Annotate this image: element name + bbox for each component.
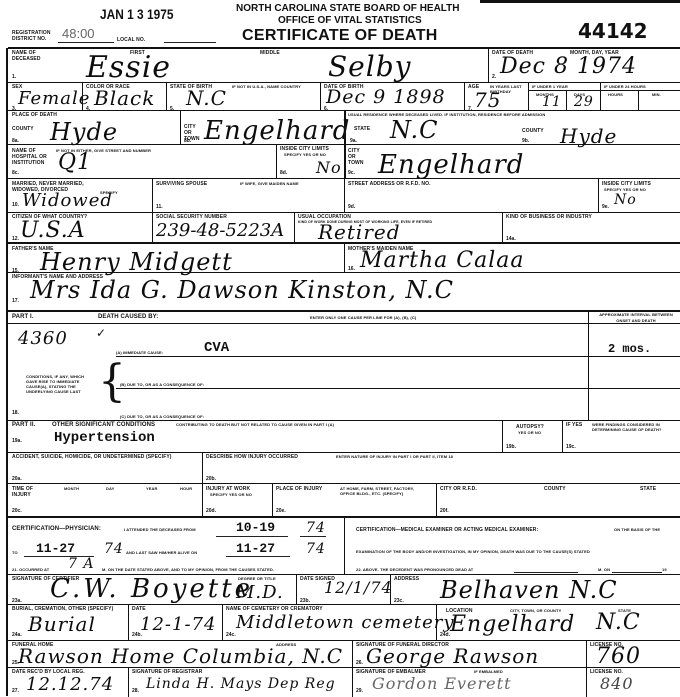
- usual-residence-label: USUAL RESIDENCE WHERE DECEASED LIVED. IF…: [348, 112, 608, 118]
- pronounced-label: 22. ABOVE. THE DECEDENT WAS PRONOUNCED D…: [356, 567, 473, 573]
- conditions-label: CONDITIONS, IF ANY, WHICH GAVE RISE TO I…: [26, 374, 86, 394]
- date-of-death-value: Dec 8 1974: [500, 54, 637, 79]
- last-name-value: Selby: [328, 50, 411, 83]
- interval-value: 2 mos.: [608, 342, 651, 356]
- burial-date-value: 12-1-74: [140, 614, 216, 635]
- location-state-value: N.C: [596, 610, 641, 635]
- row-divider: [8, 82, 680, 83]
- divider: [296, 574, 297, 604]
- item-9c: 9c.: [348, 170, 355, 176]
- item-10: 10.: [12, 202, 19, 208]
- divider: [202, 452, 203, 516]
- received-stamp: JAN 1 3 1975: [100, 6, 173, 22]
- degree-value: M.D.: [236, 582, 284, 603]
- row-divider: [8, 144, 680, 145]
- state-of-birth-note: IF NOT IN U.S.A., NAME COUNTRY: [232, 84, 302, 89]
- last-saw-label: AND LAST SAW HIM/HER ALIVE ON: [126, 550, 197, 556]
- date-signed-value: 12/1/74: [324, 578, 393, 597]
- item-8c: 8c.: [12, 170, 19, 176]
- row-divider: [8, 667, 680, 668]
- item-5: 5.: [170, 106, 174, 112]
- injury-county-label: COUNTY: [544, 486, 566, 492]
- cert-me-note1: ON THE BASIS OF THE: [614, 527, 660, 533]
- row-divider: [8, 604, 680, 605]
- other-conditions-label: OTHER SIGNIFICANT CONDITIONS: [52, 422, 155, 429]
- injury-hour-label: HOUR: [180, 486, 192, 492]
- business-label: KIND OF BUSINESS OR INDUSTRY: [506, 214, 592, 220]
- divider: [464, 82, 465, 110]
- embalmer-signature: Gordon Everett: [372, 674, 512, 693]
- embalmer-license-value: 840: [600, 674, 634, 693]
- m-on-label: M. ON: [598, 567, 610, 573]
- occurred-at-value: 7 A: [68, 556, 94, 572]
- enter-one-cause-note: ENTER ONLY ONE CAUSE PER LINE FOR (a), (…: [310, 315, 416, 321]
- row-divider: [8, 420, 680, 421]
- divider: [116, 356, 680, 357]
- burial-date-label: DATE: [132, 606, 146, 612]
- residence-state-value: N.C: [390, 116, 438, 144]
- registration-district-underline: [58, 42, 114, 43]
- part1-label: PART I.: [12, 314, 34, 321]
- divider: [294, 212, 295, 242]
- item-24a: 24a.: [12, 632, 22, 638]
- divider: [600, 82, 601, 110]
- item-8d: 8d.: [280, 170, 287, 176]
- injury-month-label: MONTH: [64, 486, 79, 492]
- inside-city-limits-residence-value: No: [614, 192, 637, 208]
- accident-label: ACCIDENT, SUICIDE, HOMICIDE, OR UNDETERM…: [12, 454, 202, 460]
- autopsy-yes-no-label: YES OR NO: [518, 430, 541, 436]
- document-title: CERTIFICATE OF DEATH: [242, 27, 438, 45]
- last-saw-value: 11-27: [236, 541, 275, 556]
- divider: [128, 604, 129, 640]
- divider: [502, 420, 503, 452]
- divider: [128, 667, 129, 697]
- divider: [320, 82, 321, 110]
- divider: [152, 212, 153, 242]
- reference-code: 4360: [18, 328, 68, 349]
- describe-injury-label: DESCRIBE HOW INJURY OCCURRED: [206, 454, 298, 460]
- min-label: MIN.: [652, 92, 661, 98]
- divider: [166, 82, 167, 110]
- certifier-signature: C.W. Boyette: [50, 574, 253, 604]
- race-value: Black: [94, 86, 155, 110]
- divider: [352, 640, 353, 697]
- death-caused-by-label: DEATH CAUSED BY:: [98, 314, 158, 321]
- under-24-hours-label: IF UNDER 24 HOURS: [604, 84, 646, 90]
- injury-state-label: STATE: [640, 486, 656, 492]
- describe-injury-note: ENTER NATURE OF INJURY IN PART I OR PART…: [336, 454, 453, 460]
- divider: [586, 640, 587, 697]
- ssn-value: 239-48-5223A: [156, 220, 284, 241]
- disposition-value: Burial: [28, 612, 96, 636]
- date-of-birth-value: Dec 9 1898: [326, 86, 446, 108]
- item-20c: 20c.: [12, 508, 22, 514]
- row-divider: [8, 272, 680, 273]
- item-11: 11.: [156, 204, 163, 210]
- registration-district-value: 48:00: [62, 26, 95, 41]
- last-saw-year: 74: [306, 541, 326, 557]
- hours-label: HOURS: [608, 92, 623, 98]
- item-20a: 20a.: [12, 476, 22, 482]
- cert-physician-label: CERTIFICATION—PHYSICIAN:: [12, 526, 101, 533]
- to-label: TO: [12, 550, 18, 556]
- local-no-label: LOCAL NO.: [117, 37, 145, 43]
- form-top-border: [8, 47, 680, 49]
- residence-state-label: STATE: [354, 126, 370, 132]
- middle-label: MIDDLE: [260, 50, 280, 56]
- pronounced-line: [514, 572, 578, 573]
- divider: [276, 144, 277, 178]
- address-label: ADDRESS: [394, 576, 419, 582]
- divider: [562, 420, 563, 452]
- state-of-birth-value: N.C: [186, 86, 227, 110]
- item-2: 2.: [492, 74, 496, 80]
- county-of-death-value: Hyde: [50, 118, 118, 146]
- city-rfd-label: CITY OR R.F.D.: [440, 486, 477, 492]
- row-divider: [8, 452, 680, 453]
- item-19b: 19b.: [506, 444, 516, 450]
- citizen-value: U.S.A: [20, 218, 86, 243]
- cert-me-note2: EXAMINATION OF THE BODY AND/OR INVESTIGA…: [356, 549, 590, 555]
- row-divider: [8, 483, 680, 484]
- divider: [528, 82, 529, 110]
- item-9d: 9d.: [348, 204, 355, 210]
- registration-district-label: REGISTRATION DISTRICT NO.: [12, 30, 60, 42]
- attended-to-value: 11-27: [36, 541, 75, 556]
- item-18: 18.: [12, 410, 19, 416]
- item-20f: 20f.: [440, 508, 449, 514]
- months-value: 11: [542, 94, 562, 110]
- injury-day-label: DAY: [106, 486, 114, 492]
- item-20d: 20d.: [206, 508, 216, 514]
- other-conditions-value: Hypertension: [54, 430, 155, 446]
- pronounced-date-line: [612, 572, 662, 573]
- divider: [436, 483, 437, 516]
- inside-city-limits-death-value: No: [316, 158, 342, 177]
- attended-from-label: I ATTENDED THE DECEASED FROM: [124, 527, 196, 533]
- item-28: 28.: [132, 688, 139, 694]
- part2-label: PART II.: [12, 422, 35, 429]
- agency-name-line2: OFFICE OF VITAL STATISTICS: [278, 15, 422, 26]
- residence-city-label: CITY OR TOWN: [348, 148, 368, 166]
- attended-from-value: 10-19: [236, 520, 275, 535]
- days-value: 29: [574, 94, 594, 110]
- place-of-injury-label: PLACE OF INJURY: [276, 486, 322, 492]
- item-1: 1.: [12, 74, 16, 80]
- divider: [152, 178, 153, 212]
- street-address-label: STREET ADDRESS OR R.F.D. No.: [348, 181, 431, 187]
- divider: [528, 90, 680, 91]
- sex-value: Female: [18, 88, 90, 109]
- residence-city-value: Engelhard: [378, 150, 524, 180]
- other-conditions-note: CONTRIBUTING TO DEATH BUT NOT RELATED TO…: [176, 422, 334, 428]
- informant-value: Mrs Ida G. Dawson Kinston, N.C: [30, 276, 454, 304]
- item-19a: 19a.: [12, 438, 22, 444]
- injury-year-label: YEAR: [146, 486, 158, 492]
- certifier-address: Belhaven N.C: [440, 576, 618, 604]
- divider: [180, 110, 181, 144]
- attended-from-year: 74: [306, 520, 326, 536]
- place-of-injury-note: AT HOME, FARM, STREET, FACTORY, OFFICE B…: [340, 486, 430, 496]
- cert-me-label: CERTIFICATION—MEDICAL EXAMINER OR ACTING…: [356, 527, 538, 533]
- check-mark-icon: ✓: [96, 326, 106, 340]
- divider: [638, 90, 639, 110]
- attended-from-year-line: [300, 536, 326, 537]
- time-of-injury-label: TIME OF INJURY: [12, 486, 40, 498]
- local-no-underline: [164, 42, 216, 43]
- fd-license-value: 760: [596, 644, 641, 669]
- item-24c: 24c.: [226, 632, 236, 638]
- occupation-value: Retired: [318, 220, 401, 244]
- city-of-death-value: Engelhard: [204, 116, 350, 146]
- spouse-note: IF WIFE, GIVE MAIDEN NAME: [240, 181, 299, 187]
- item-19c: 19c.: [566, 444, 576, 450]
- residence-county-label: COUNTY: [522, 128, 544, 134]
- row-divider: [8, 640, 680, 641]
- item-20e: 20e.: [276, 508, 286, 514]
- surviving-spouse-label: SURVIVING SPOUSE: [156, 181, 207, 187]
- item-20b: 20b.: [206, 476, 216, 482]
- divider: [488, 48, 489, 82]
- age-value: 75: [474, 88, 501, 112]
- attended-to-year: 74: [104, 541, 124, 557]
- item-24d: 24d.: [440, 632, 450, 638]
- divider: [588, 310, 589, 420]
- item-17: 17.: [12, 298, 19, 304]
- injury-at-work-note: SPECIFY YES OR NO: [210, 492, 252, 498]
- item-9e: 9e.: [602, 204, 609, 210]
- registrar-signature: Linda H. Mays Dep Reg: [146, 676, 336, 692]
- item-26: 26.: [356, 660, 363, 666]
- location-city-value: Engelhard: [450, 612, 575, 637]
- row-divider: [8, 310, 680, 312]
- mother-value: Martha Calaa: [360, 248, 525, 273]
- immediate-cause-value: CVA: [204, 340, 229, 356]
- divider: [116, 388, 680, 389]
- marital-status-value: Widowed: [22, 190, 113, 211]
- last-saw-line: [226, 556, 290, 557]
- funeral-director-signature: George Rawson: [366, 644, 539, 668]
- divider: [502, 212, 503, 242]
- divider: [222, 604, 223, 640]
- item-4: 4.: [86, 106, 90, 112]
- first-name-value: Essie: [86, 50, 171, 85]
- divider: [390, 574, 391, 604]
- sig-registrar-label: SIGNATURE OF REGISTRAR: [132, 669, 202, 675]
- hospital-label: NAME OF HOSPITAL OR INSTITUTION: [12, 148, 52, 166]
- divider: [82, 82, 83, 110]
- divider: [344, 516, 345, 574]
- divider: [344, 178, 345, 212]
- if-yes-note: WERE FINDINGS CONSIDERED IN DETERMINING …: [592, 422, 680, 432]
- funeral-home-value: Rawson Home Columbia, N.C: [18, 644, 343, 668]
- divider: [566, 90, 567, 110]
- occurred-at-label: 21. OCCURRED AT: [12, 567, 49, 573]
- item-27: 27.: [12, 688, 19, 694]
- top-bar: [480, 0, 680, 3]
- hospital-value: Q1: [58, 150, 92, 175]
- if-yes-label: IF YES: [566, 422, 582, 428]
- item-29: 29.: [356, 688, 363, 694]
- date-recd-value: 12.12.74: [26, 674, 114, 695]
- attended-from-line: [216, 536, 288, 537]
- divider: [598, 178, 599, 212]
- divider: [436, 604, 437, 640]
- form-left-border: [6, 48, 8, 696]
- divider: [344, 242, 345, 272]
- row-divider: [8, 212, 680, 213]
- nineteen-label: 19: [662, 567, 667, 573]
- agency-name-line1: NORTH CAROLINA STATE BOARD OF HEALTH: [236, 3, 460, 14]
- divider: [8, 323, 680, 324]
- name-label: NAME OF DECEASED: [12, 50, 44, 62]
- occurred-at-note: M. ON THE DATE STATED ABOVE, AND TO MY O…: [102, 567, 274, 573]
- county-label: COUNTY: [12, 126, 34, 132]
- cemetery-value: Middletown cemetery: [236, 612, 455, 633]
- divider: [272, 483, 273, 516]
- certificate-number: 44142: [578, 19, 648, 43]
